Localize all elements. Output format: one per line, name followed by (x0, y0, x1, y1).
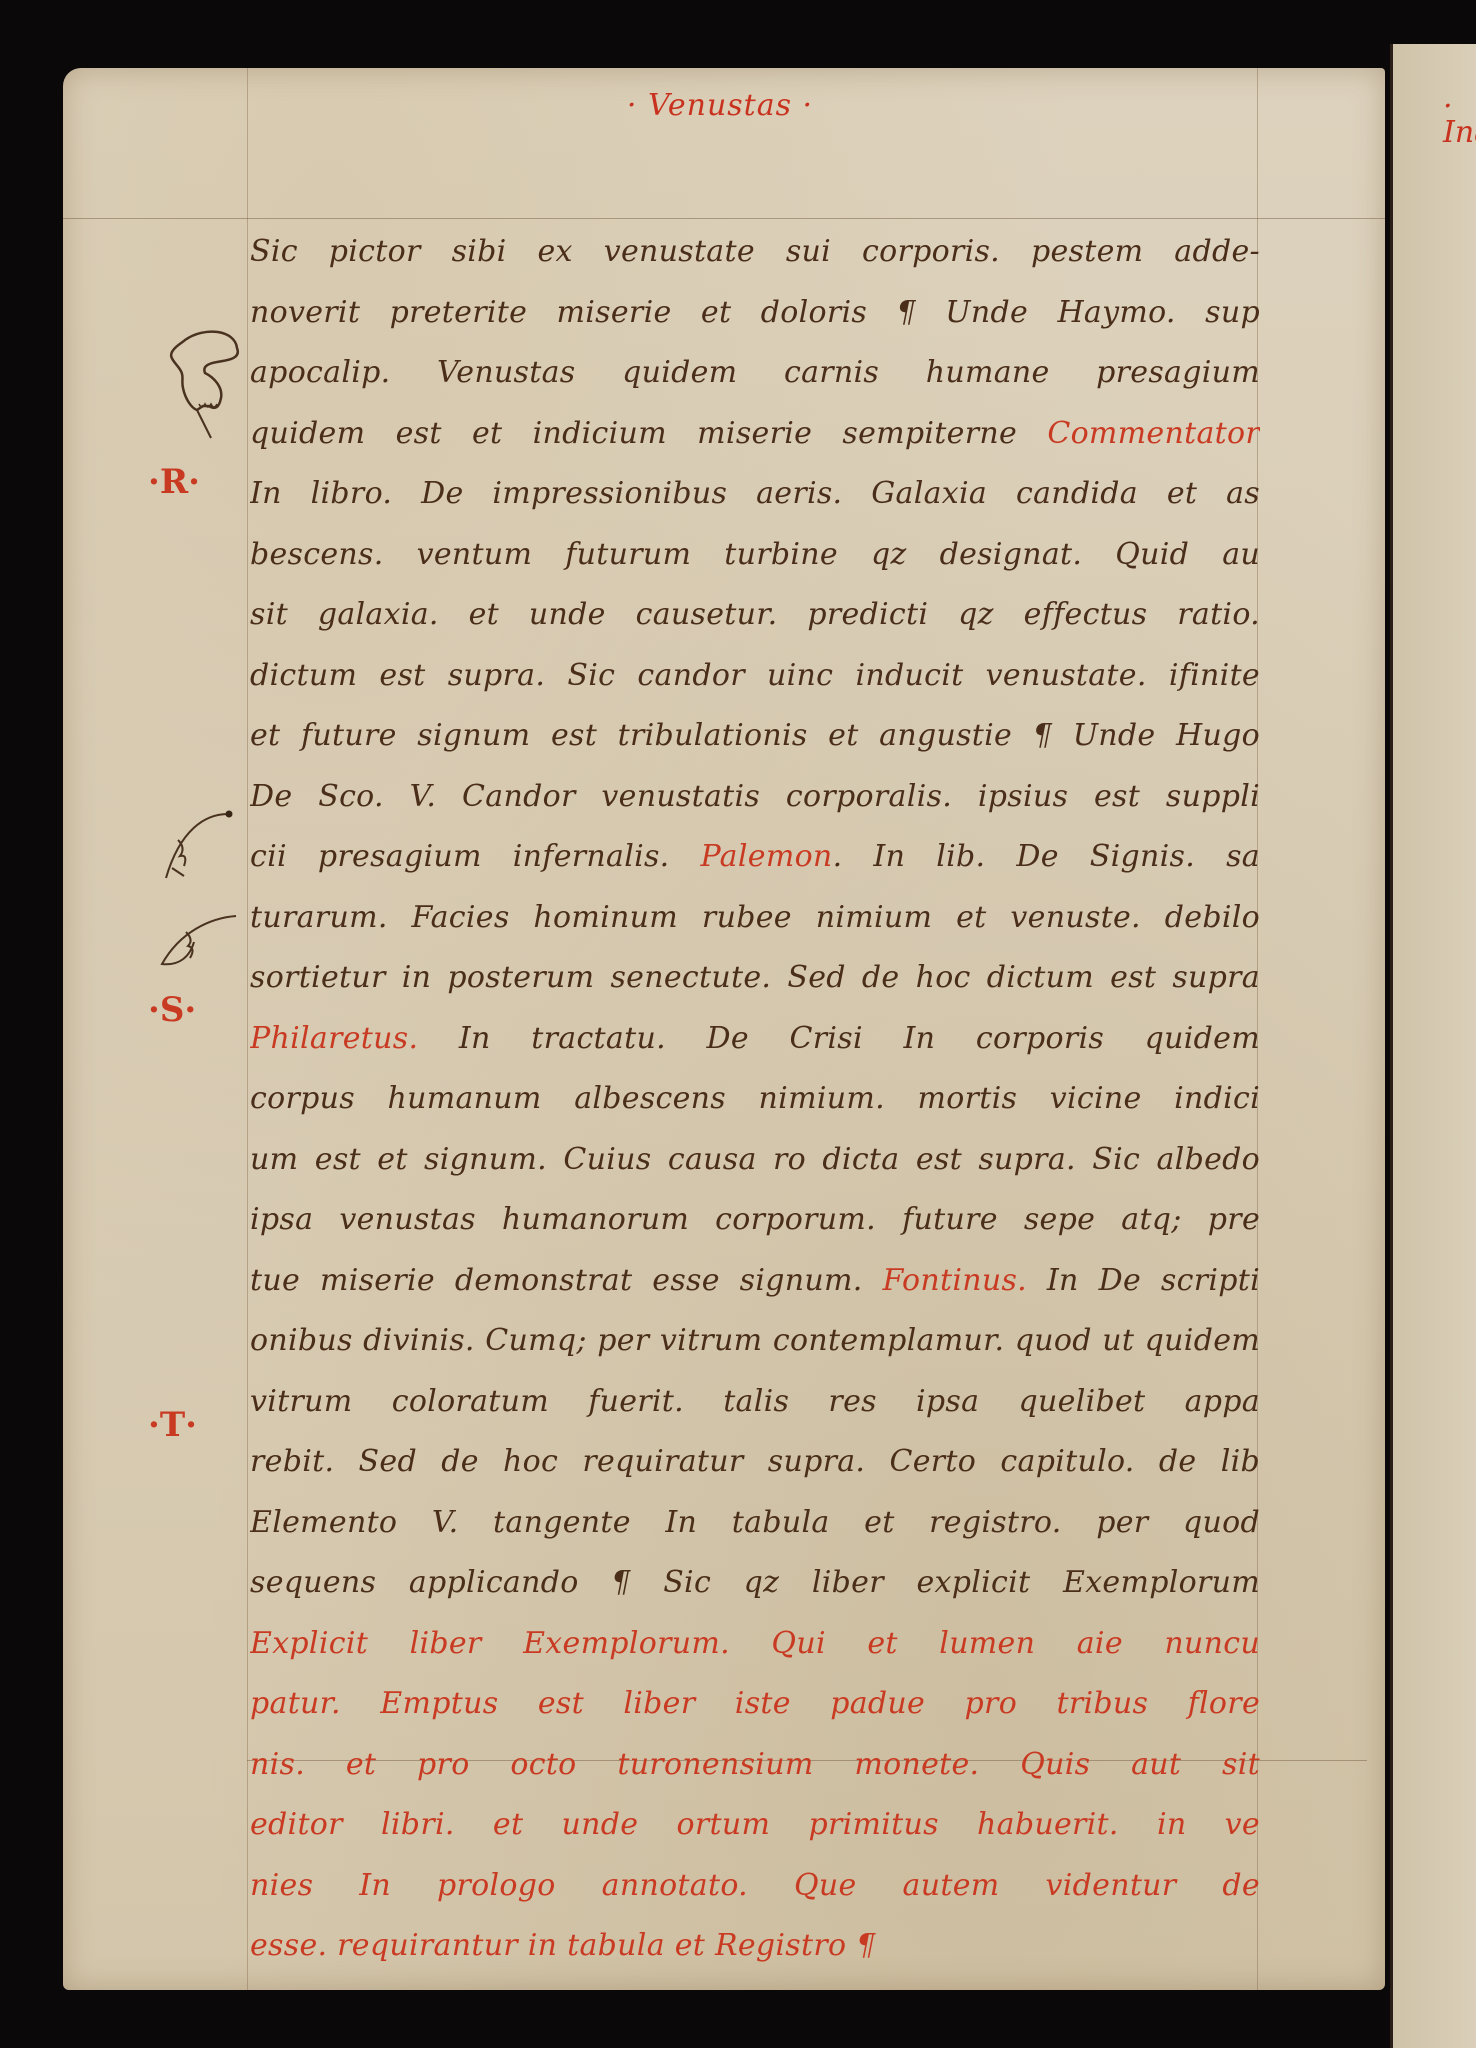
running-head: · Venustas · (520, 88, 920, 123)
colophon-line: editor libri. et unde ortum primitus hab… (250, 1795, 1260, 1856)
text-line: quidem est et indicium miserie sempitern… (250, 404, 1260, 465)
colophon-line: nies In prologo annotato. Que autem vide… (250, 1856, 1260, 1917)
rubric-word: Fontinus. (883, 1263, 1027, 1298)
colophon-line: esse. requirantur in tabula et Registro … (250, 1916, 1260, 1977)
text-line: rebit. Sed de hoc requiratur supra. Cert… (250, 1432, 1260, 1493)
left-ruling-line (247, 68, 248, 1990)
text-line: Philaretus. In tractatu. De Crisi In cor… (250, 1009, 1260, 1070)
margin-rubric-R: ·R· (148, 462, 200, 502)
main-text-block: Sic pictor sibi ex venustate sui corpori… (250, 222, 1260, 1977)
colophon-line: patur. Emptus est liber iste padue pro t… (250, 1674, 1260, 1735)
text-line: Elemento V. tangente In tabula et regist… (250, 1493, 1260, 1554)
text-line: um est et signum. Cuius causa ro dicta e… (250, 1130, 1260, 1191)
text-line: In libro. De impressionibus aeris. Galax… (250, 464, 1260, 525)
rubric-word: Philaretus. (250, 1021, 418, 1056)
text-line: cii presagium infernalis. Palemon. In li… (250, 827, 1260, 888)
text-line: apocalip. Venustas quidem carnis humane … (250, 343, 1260, 404)
text-line: noverit preterite miserie et doloris ¶ U… (250, 283, 1260, 344)
next-page-heading: . Ina (1443, 80, 1476, 150)
text-line: De Sco. V. Candor venustatis corporalis.… (250, 767, 1260, 828)
text-line: sortietur in posterum senectute. Sed de … (250, 948, 1260, 1009)
text-line: Sic pictor sibi ex venustate sui corpori… (250, 222, 1260, 283)
text-line: tue miserie demonstrat esse signum. Font… (250, 1251, 1260, 1312)
top-ruling-line (63, 218, 1385, 219)
text-line: ipsa venustas humanorum corporum. future… (250, 1190, 1260, 1251)
next-page-edge: . Ina (1390, 44, 1476, 2048)
text-line: vitrum coloratum fuerit. talis res ipsa … (250, 1372, 1260, 1433)
rubric-word: Commentator (1047, 416, 1260, 451)
text-line: turarum. Facies hominum rubee nimium et … (250, 888, 1260, 949)
margin-rubric-T: ·T· (148, 1405, 197, 1445)
text-line: dictum est supra. Sic candor uinc induci… (250, 646, 1260, 707)
text-line: bescens. ventum futurum turbine qz desig… (250, 525, 1260, 586)
colophon-line: nis. et pro octo turonensium monete. Qui… (250, 1735, 1260, 1796)
rubric-word: Palemon (701, 839, 833, 874)
margin-rubric-S: ·S· (148, 990, 196, 1030)
text-line: sequens applicando ¶ Sic qz liber explic… (250, 1553, 1260, 1614)
text-line: et future signum est tribulationis et an… (250, 706, 1260, 767)
text-line: onibus divinis. Cumq; per vitrum contemp… (250, 1311, 1260, 1372)
colophon-line: Explicit liber Exemplorum. Qui et lumen … (250, 1614, 1260, 1675)
text-line: sit galaxia. et unde causetur. predicti … (250, 585, 1260, 646)
manicule-sketch-icon (145, 318, 245, 458)
nota-mark-icon (150, 912, 240, 982)
text-line: corpus humanum albescens nimium. mortis … (250, 1069, 1260, 1130)
nota-mark-icon (150, 810, 240, 890)
